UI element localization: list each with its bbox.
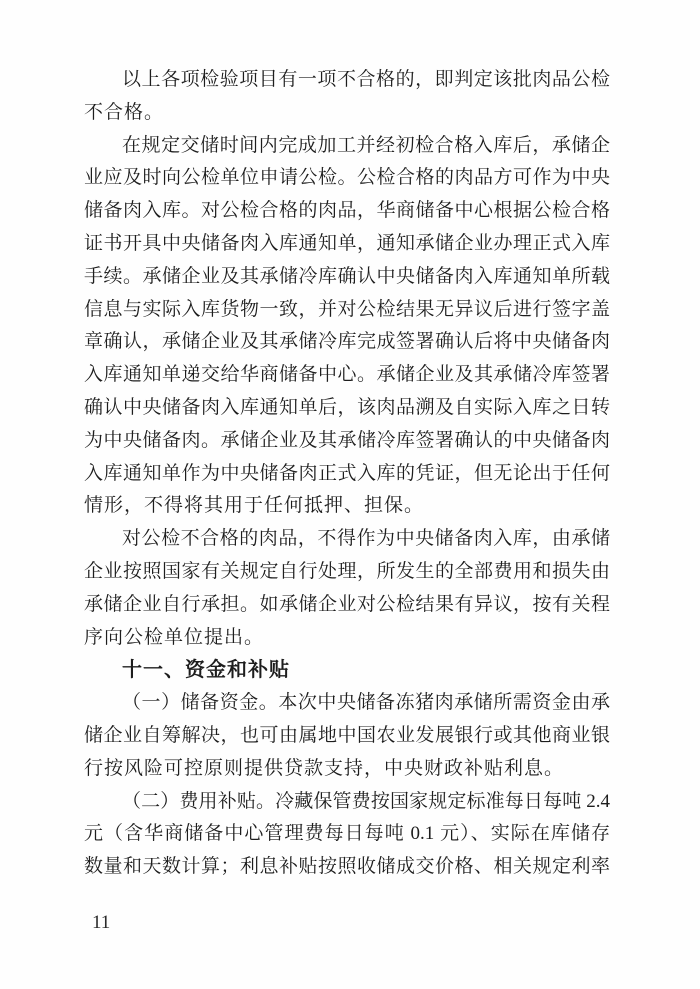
text-line: 在规定交储时间内完成加工并经初检合格入库后，承储企 [84, 130, 610, 163]
text-line: 行按风险可控原则提供贷款支持，中央财政补贴利息。 [84, 753, 610, 786]
document-page: 以上各项检验项目有一项不合格的，即判定该批肉品公检 不合格。 在规定交储时间内完… [0, 0, 700, 989]
text-line: 业应及时向公检单位申请公检。公检合格的肉品方可作为中央 [84, 162, 610, 195]
paragraph: 以上各项检验项目有一项不合格的，即判定该批肉品公检 不合格。 [84, 64, 610, 130]
text-line: 为中央储备肉。承储企业及其承储冷库签署确认的中央储备肉 [84, 425, 610, 458]
text-line: 章确认，承储企业及其承储冷库完成签署确认后将中央储备肉 [84, 326, 610, 359]
text-line: 情形，不得将其用于任何抵押、担保。 [84, 490, 610, 523]
text-line: 信息与实际入库货物一致，并对公检结果无异议后进行签字盖 [84, 294, 610, 327]
text-line: 承储企业自行承担。如承储企业对公检结果有异议，按有关程 [84, 589, 610, 622]
text-line: 手续。承储企业及其承储冷库确认中央储备肉入库通知单所载 [84, 261, 610, 294]
text-line: 数量和天数计算；利息补贴按照收储成交价格、相关规定利率 [84, 851, 610, 884]
text-line: 储备肉入库。对公检合格的肉品，华商储备中心根据公检合格 [84, 195, 610, 228]
text-line: 不合格。 [84, 97, 610, 130]
text-line: 以上各项检验项目有一项不合格的，即判定该批肉品公检 [84, 64, 610, 97]
text-line: 确认中央储备肉入库通知单后，该肉品溯及自实际入库之日转 [84, 392, 610, 425]
text-line: 对公检不合格的肉品，不得作为中央储备肉入库，由承储 [84, 523, 610, 556]
page-number: 11 [92, 910, 110, 936]
paragraph: （一）储备资金。本次中央储备冻猪肉承储所需资金由承 储企业自筹解决，也可由属地中… [84, 687, 610, 785]
text-line: 储企业自筹解决，也可由属地中国农业发展银行或其他商业银 [84, 720, 610, 753]
paragraph: 对公检不合格的肉品，不得作为中央储备肉入库，由承储 企业按照国家有关规定自行处理… [84, 523, 610, 654]
document-body: 以上各项检验项目有一项不合格的，即判定该批肉品公检 不合格。 在规定交储时间内完… [84, 64, 610, 884]
text-line: 入库通知单递交给华商储备中心。承储企业及其承储冷库签署 [84, 359, 610, 392]
section-heading: 十一、资金和补贴 [84, 654, 610, 687]
paragraph: 在规定交储时间内完成加工并经初检合格入库后，承储企 业应及时向公检单位申请公检。… [84, 130, 610, 524]
text-line: （二）费用补贴。冷藏保管费按国家规定标准每日每吨 2.4 [84, 786, 610, 819]
text-line: 企业按照国家有关规定自行处理，所发生的全部费用和损失由 [84, 556, 610, 589]
text-line: 证书开具中央储备肉入库通知单，通知承储企业办理正式入库 [84, 228, 610, 261]
text-line: （一）储备资金。本次中央储备冻猪肉承储所需资金由承 [84, 687, 610, 720]
text-line: 元（含华商储备中心管理费每日每吨 0.1 元）、实际在库储存 [84, 818, 610, 851]
paragraph: （二）费用补贴。冷藏保管费按国家规定标准每日每吨 2.4 元（含华商储备中心管理… [84, 786, 610, 884]
text-line: 入库通知单作为中央储备肉正式入库的凭证，但无论出于任何 [84, 458, 610, 491]
text-line: 序向公检单位提出。 [84, 622, 610, 655]
